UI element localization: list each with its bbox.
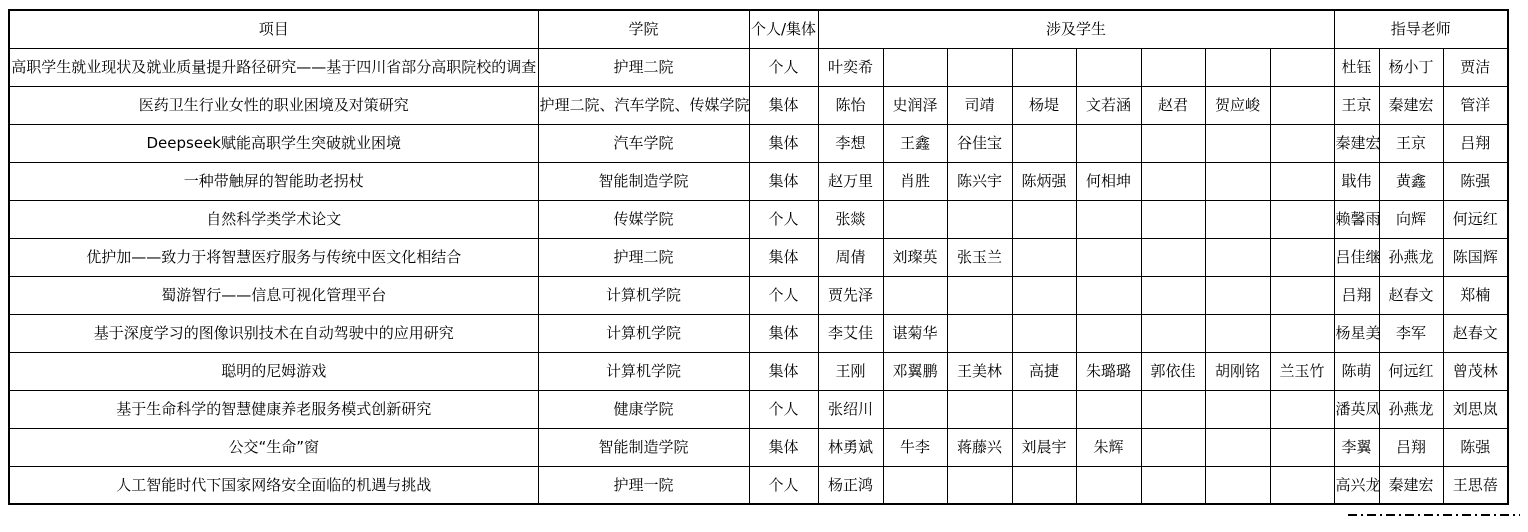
project-cell: 基于深度学习的图像识别技术在自动驾驶中的应用研究 <box>9 314 538 352</box>
student-cell <box>1141 48 1205 86</box>
student-cell: 胡刚铭 <box>1205 352 1270 390</box>
student-cell: 王刚 <box>818 352 883 390</box>
student-cell: 张燚 <box>818 200 883 238</box>
student-cell <box>1205 276 1270 314</box>
student-cell <box>947 48 1012 86</box>
type-cell: 个人 <box>749 390 818 428</box>
student-cell <box>1012 466 1076 504</box>
student-cell <box>1205 390 1270 428</box>
student-cell: 杨堤 <box>1012 86 1076 124</box>
student-cell: 陈怡 <box>818 86 883 124</box>
table-header-row: 项目 学院 个人/集体 涉及学生 指导老师 <box>9 10 1508 48</box>
student-cell <box>1141 124 1205 162</box>
student-cell <box>1076 466 1141 504</box>
student-cell <box>1141 238 1205 276</box>
student-cell: 谷佳宝 <box>947 124 1012 162</box>
student-cell <box>1141 162 1205 200</box>
student-cell <box>947 466 1012 504</box>
student-cell <box>1270 276 1334 314</box>
student-cell <box>1270 390 1334 428</box>
student-cell <box>883 276 947 314</box>
page-break-dashed-line <box>1348 513 1520 518</box>
college-cell: 护理二院、汽车学院、传媒学院 <box>538 86 749 124</box>
type-cell: 集体 <box>749 238 818 276</box>
teacher-cell: 赖馨雨 <box>1334 200 1379 238</box>
college-cell: 传媒学院 <box>538 200 749 238</box>
teacher-cell: 刘思岚 <box>1443 390 1508 428</box>
teacher-cell: 秦建宏 <box>1379 86 1443 124</box>
teacher-cell: 王京 <box>1379 124 1443 162</box>
project-cell: Deepseek赋能高职学生突破就业困境 <box>9 124 538 162</box>
table-row: Deepseek赋能高职学生突破就业困境汽车学院集体李想王鑫谷佳宝秦建宏王京吕翔 <box>9 124 1508 162</box>
student-cell <box>1141 466 1205 504</box>
teacher-cell: 吕翔 <box>1443 124 1508 162</box>
header-students: 涉及学生 <box>818 10 1334 48</box>
project-cell: 公交“生命”窗 <box>9 428 538 466</box>
teacher-cell: 李军 <box>1379 314 1443 352</box>
table-row: 高职学生就业现状及就业质量提升路径研究——基于四川省部分高职院校的调查护理二院个… <box>9 48 1508 86</box>
projects-table-container: 项目 学院 个人/集体 涉及学生 指导老师 高职学生就业现状及就业质量提升路径研… <box>8 9 1509 516</box>
student-cell <box>947 276 1012 314</box>
student-cell <box>883 200 947 238</box>
student-cell <box>883 466 947 504</box>
teacher-cell: 赵春文 <box>1379 276 1443 314</box>
type-cell: 集体 <box>749 124 818 162</box>
type-cell: 个人 <box>749 48 818 86</box>
student-cell <box>1141 428 1205 466</box>
college-cell: 护理一院 <box>538 466 749 504</box>
student-cell <box>947 314 1012 352</box>
project-cell: 聪明的尼姆游戏 <box>9 352 538 390</box>
student-cell: 文若涵 <box>1076 86 1141 124</box>
table-row: 人工智能时代下国家网络安全面临的机遇与挑战护理一院个人杨正鸿高兴龙秦建宏王思蓓 <box>9 466 1508 504</box>
student-cell <box>1205 124 1270 162</box>
student-cell <box>1012 314 1076 352</box>
student-cell: 朱辉 <box>1076 428 1141 466</box>
table-row: 优护加——致力于将智慧医疗服务与传统中医文化相结合护理二院集体周倩刘璨英张玉兰吕… <box>9 238 1508 276</box>
teacher-cell: 赵春文 <box>1443 314 1508 352</box>
project-cell: 优护加——致力于将智慧医疗服务与传统中医文化相结合 <box>9 238 538 276</box>
student-cell: 杨正鸿 <box>818 466 883 504</box>
table-row: 自然科学类学术论文传媒学院个人张燚赖馨雨向辉何远红 <box>9 200 1508 238</box>
teacher-cell: 孙燕龙 <box>1379 390 1443 428</box>
teacher-cell: 贾洁 <box>1443 48 1508 86</box>
table-row: 基于生命科学的智慧健康养老服务模式创新研究健康学院个人张绍川潘英凤孙燕龙刘思岚 <box>9 390 1508 428</box>
student-cell <box>1076 200 1141 238</box>
teacher-cell: 陈强 <box>1443 428 1508 466</box>
student-cell <box>1141 390 1205 428</box>
student-cell <box>1205 466 1270 504</box>
type-cell: 集体 <box>749 86 818 124</box>
student-cell <box>1012 238 1076 276</box>
student-cell <box>1205 48 1270 86</box>
student-cell <box>1270 466 1334 504</box>
teacher-cell: 郑楠 <box>1443 276 1508 314</box>
student-cell <box>1076 390 1141 428</box>
college-cell: 护理二院 <box>538 238 749 276</box>
student-cell <box>1270 314 1334 352</box>
teacher-cell: 潘英凤 <box>1334 390 1379 428</box>
college-cell: 智能制造学院 <box>538 162 749 200</box>
project-cell: 人工智能时代下国家网络安全面临的机遇与挑战 <box>9 466 538 504</box>
student-cell: 蒋藤兴 <box>947 428 1012 466</box>
student-cell <box>1270 86 1334 124</box>
table-row: 医药卫生行业女性的职业困境及对策研究护理二院、汽车学院、传媒学院集体陈怡史润泽司… <box>9 86 1508 124</box>
type-cell: 个人 <box>749 466 818 504</box>
student-cell <box>883 48 947 86</box>
student-cell: 史润泽 <box>883 86 947 124</box>
student-cell <box>1141 276 1205 314</box>
student-cell <box>1012 390 1076 428</box>
table-row: 一种带触屏的智能助老拐杖智能制造学院集体赵万里肖胜陈兴宇陈炳强何相坤戢伟黄鑫陈强 <box>9 162 1508 200</box>
teacher-cell: 管洋 <box>1443 86 1508 124</box>
student-cell <box>1270 162 1334 200</box>
student-cell: 郭依佳 <box>1141 352 1205 390</box>
teacher-cell: 吕佳继 <box>1334 238 1379 276</box>
student-cell <box>1270 428 1334 466</box>
teacher-cell: 陈强 <box>1443 162 1508 200</box>
student-cell: 刘璨英 <box>883 238 947 276</box>
project-cell: 基于生命科学的智慧健康养老服务模式创新研究 <box>9 390 538 428</box>
student-cell: 刘晨宇 <box>1012 428 1076 466</box>
student-cell: 朱璐璐 <box>1076 352 1141 390</box>
student-cell <box>1012 200 1076 238</box>
teacher-cell: 何远红 <box>1443 200 1508 238</box>
student-cell: 王鑫 <box>883 124 947 162</box>
student-cell <box>1141 200 1205 238</box>
teacher-cell: 戢伟 <box>1334 162 1379 200</box>
student-cell <box>1076 238 1141 276</box>
teacher-cell: 孙燕龙 <box>1379 238 1443 276</box>
student-cell: 肖胜 <box>883 162 947 200</box>
college-cell: 护理二院 <box>538 48 749 86</box>
teacher-cell: 秦建宏 <box>1379 466 1443 504</box>
student-cell <box>1205 200 1270 238</box>
table-body: 高职学生就业现状及就业质量提升路径研究——基于四川省部分高职院校的调查护理二院个… <box>9 48 1508 504</box>
teacher-cell: 李翼 <box>1334 428 1379 466</box>
teacher-cell: 秦建宏 <box>1334 124 1379 162</box>
project-cell: 一种带触屏的智能助老拐杖 <box>9 162 538 200</box>
student-cell: 陈炳强 <box>1012 162 1076 200</box>
type-cell: 集体 <box>749 352 818 390</box>
header-college: 学院 <box>538 10 749 48</box>
header-project: 项目 <box>9 10 538 48</box>
project-cell: 医药卫生行业女性的职业困境及对策研究 <box>9 86 538 124</box>
teacher-cell: 吕翔 <box>1379 428 1443 466</box>
student-cell: 兰玉竹 <box>1270 352 1334 390</box>
student-cell: 邓翼鹏 <box>883 352 947 390</box>
student-cell <box>1270 124 1334 162</box>
teacher-cell: 陈国辉 <box>1443 238 1508 276</box>
teacher-cell: 吕翔 <box>1334 276 1379 314</box>
student-cell <box>947 200 1012 238</box>
header-teachers: 指导老师 <box>1334 10 1508 48</box>
type-cell: 个人 <box>749 200 818 238</box>
teacher-cell: 曾茂林 <box>1443 352 1508 390</box>
student-cell: 林勇斌 <box>818 428 883 466</box>
student-cell <box>883 390 947 428</box>
project-cell: 自然科学类学术论文 <box>9 200 538 238</box>
student-cell: 张玉兰 <box>947 238 1012 276</box>
student-cell: 谌菊华 <box>883 314 947 352</box>
teacher-cell: 王京 <box>1334 86 1379 124</box>
teacher-cell: 何远红 <box>1379 352 1443 390</box>
student-cell: 牛李 <box>883 428 947 466</box>
table-row: 公交“生命”窗智能制造学院集体林勇斌牛李蒋藤兴刘晨宇朱辉李翼吕翔陈强 <box>9 428 1508 466</box>
type-cell: 个人 <box>749 276 818 314</box>
student-cell: 何相坤 <box>1076 162 1141 200</box>
teacher-cell: 黄鑫 <box>1379 162 1443 200</box>
teacher-cell: 陈萌 <box>1334 352 1379 390</box>
college-cell: 计算机学院 <box>538 352 749 390</box>
college-cell: 计算机学院 <box>538 276 749 314</box>
student-cell <box>1141 314 1205 352</box>
student-cell <box>1270 48 1334 86</box>
type-cell: 集体 <box>749 314 818 352</box>
student-cell: 高捷 <box>1012 352 1076 390</box>
student-cell: 司靖 <box>947 86 1012 124</box>
project-cell: 高职学生就业现状及就业质量提升路径研究——基于四川省部分高职院校的调查 <box>9 48 538 86</box>
student-cell <box>1205 428 1270 466</box>
college-cell: 智能制造学院 <box>538 428 749 466</box>
student-cell <box>1076 48 1141 86</box>
table-row: 基于深度学习的图像识别技术在自动驾驶中的应用研究计算机学院集体李艾佳谌菊华杨星美… <box>9 314 1508 352</box>
student-cell: 陈兴宇 <box>947 162 1012 200</box>
header-type: 个人/集体 <box>749 10 818 48</box>
table-row: 蜀游智行——信息可视化管理平台计算机学院个人贾先泽吕翔赵春文郑楠 <box>9 276 1508 314</box>
college-cell: 健康学院 <box>538 390 749 428</box>
student-cell <box>1205 238 1270 276</box>
student-cell: 周倩 <box>818 238 883 276</box>
student-cell <box>1076 276 1141 314</box>
student-cell <box>1076 314 1141 352</box>
student-cell: 王美林 <box>947 352 1012 390</box>
teacher-cell: 杨小丁 <box>1379 48 1443 86</box>
student-cell <box>1270 200 1334 238</box>
type-cell: 集体 <box>749 428 818 466</box>
student-cell: 赵君 <box>1141 86 1205 124</box>
student-cell <box>1205 162 1270 200</box>
college-cell: 计算机学院 <box>538 314 749 352</box>
teacher-cell: 杜钰 <box>1334 48 1379 86</box>
student-cell: 贾先泽 <box>818 276 883 314</box>
student-cell <box>1076 124 1141 162</box>
student-cell: 贺应峻 <box>1205 86 1270 124</box>
student-cell <box>1205 314 1270 352</box>
type-cell: 集体 <box>749 162 818 200</box>
teacher-cell: 向辉 <box>1379 200 1443 238</box>
student-cell: 赵万里 <box>818 162 883 200</box>
student-cell: 叶奕希 <box>818 48 883 86</box>
projects-table: 项目 学院 个人/集体 涉及学生 指导老师 高职学生就业现状及就业质量提升路径研… <box>8 9 1509 505</box>
table-row: 聪明的尼姆游戏计算机学院集体王刚邓翼鹏王美林高捷朱璐璐郭依佳胡刚铭兰玉竹陈萌何远… <box>9 352 1508 390</box>
student-cell: 李艾佳 <box>818 314 883 352</box>
student-cell: 李想 <box>818 124 883 162</box>
project-cell: 蜀游智行——信息可视化管理平台 <box>9 276 538 314</box>
student-cell <box>1012 276 1076 314</box>
student-cell <box>1270 238 1334 276</box>
teacher-cell: 王思蓓 <box>1443 466 1508 504</box>
student-cell: 张绍川 <box>818 390 883 428</box>
teacher-cell: 杨星美 <box>1334 314 1379 352</box>
student-cell <box>1012 124 1076 162</box>
college-cell: 汽车学院 <box>538 124 749 162</box>
student-cell <box>947 390 1012 428</box>
student-cell <box>1012 48 1076 86</box>
teacher-cell: 高兴龙 <box>1334 466 1379 504</box>
